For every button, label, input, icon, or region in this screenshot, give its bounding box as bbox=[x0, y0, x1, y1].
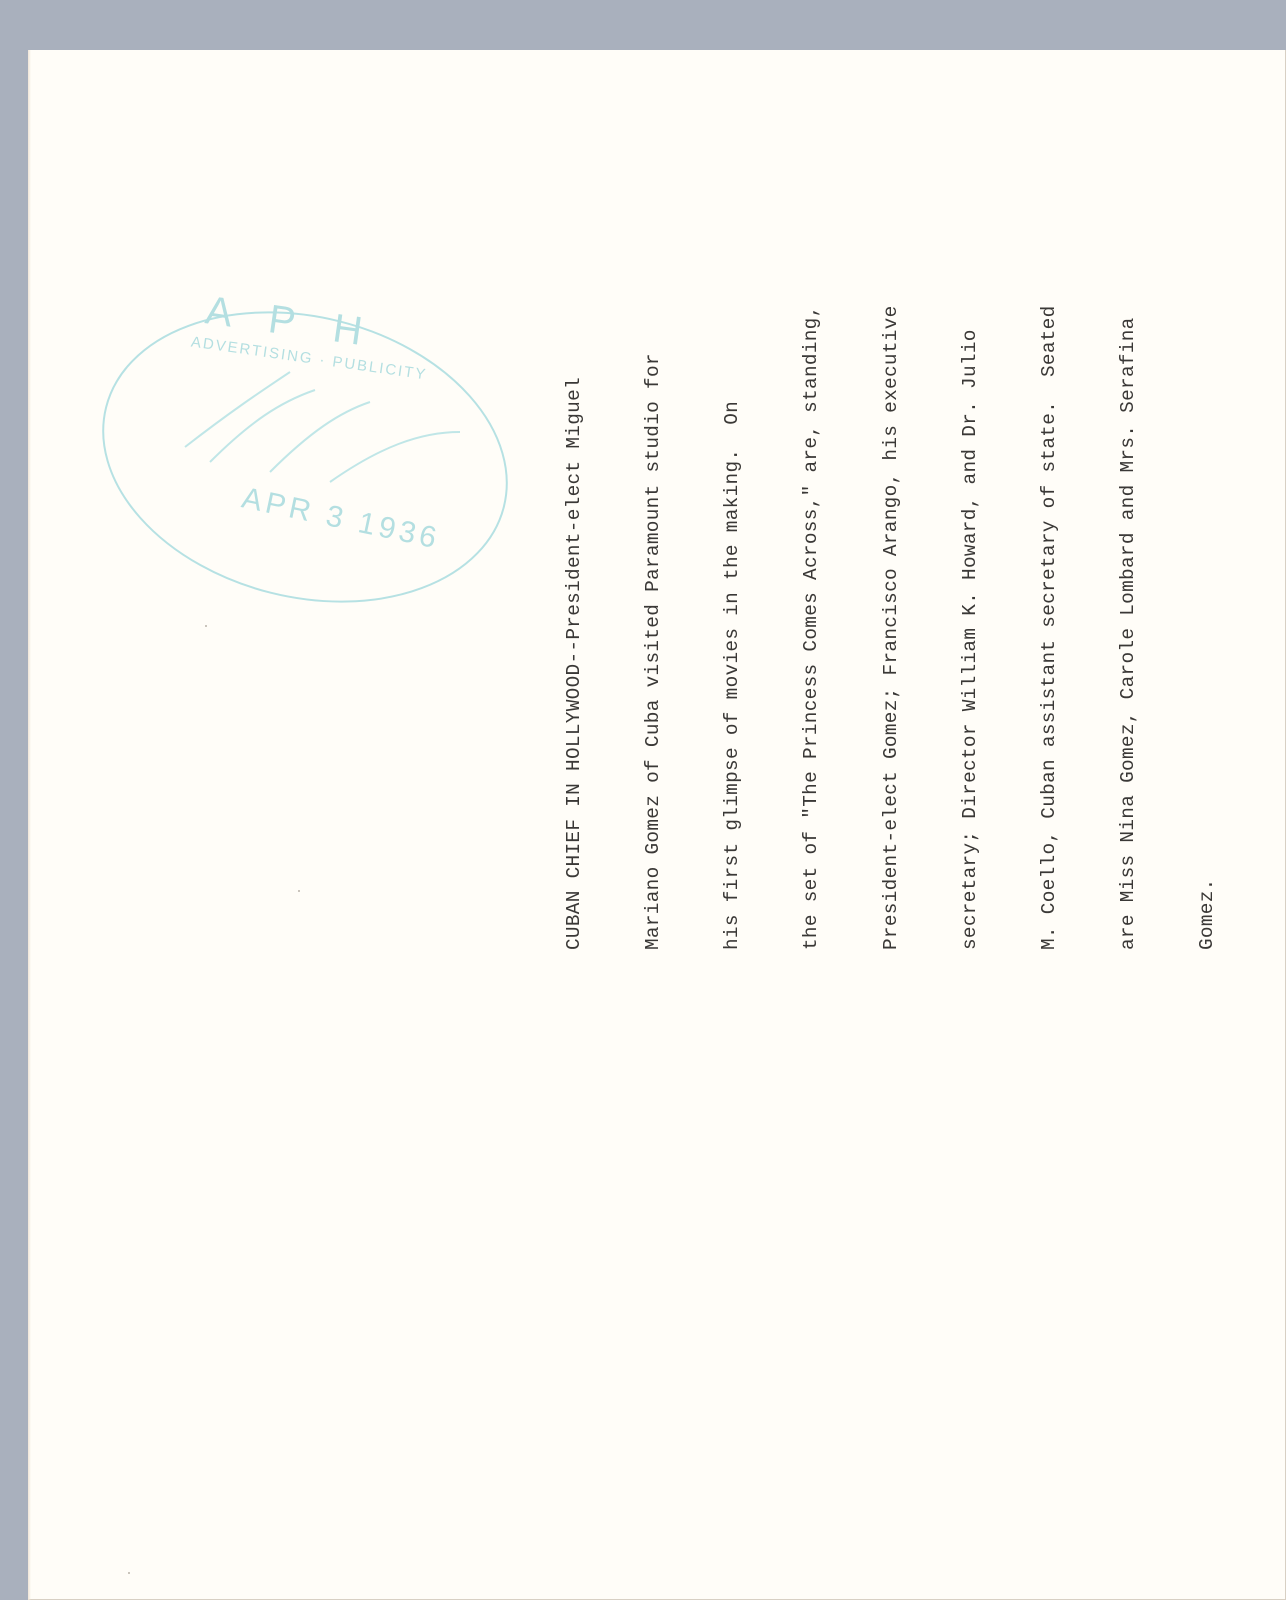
caption-block: CUBAN CHIEF IN HOLLYWOOD--President-elec… bbox=[508, 110, 748, 950]
caption-line: Gomez. bbox=[1194, 110, 1220, 950]
paper-speck bbox=[205, 625, 207, 627]
caption-line: M. Coello, Cuban assistant secretary of … bbox=[1036, 110, 1062, 950]
caption-line: are Miss Nina Gomez, Carole Lombard and … bbox=[1115, 110, 1141, 950]
typed-caption: CUBAN CHIEF IN HOLLYWOOD--President-elec… bbox=[508, 110, 1274, 950]
paper-speck bbox=[128, 1572, 130, 1574]
caption-line: CUBAN CHIEF IN HOLLYWOOD--President-elec… bbox=[561, 110, 587, 950]
paper-speck bbox=[298, 890, 300, 892]
caption-line: secretary; Director William K. Howard, a… bbox=[957, 110, 983, 950]
caption-line: President-elect Gomez; Francisco Arango,… bbox=[878, 110, 904, 950]
caption-line: the set of "The Princess Comes Across," … bbox=[798, 110, 824, 950]
photo-back-paper: A P H ADVERTISING · PUBLICITY APR 3 1936… bbox=[28, 50, 1286, 1600]
archive-stamp: A P H ADVERTISING · PUBLICITY APR 3 1936 bbox=[90, 272, 510, 652]
caption-line: Mariano Gomez of Cuba visited Paramount … bbox=[640, 110, 666, 950]
caption-line: his first glimpse of movies in the makin… bbox=[719, 110, 745, 950]
